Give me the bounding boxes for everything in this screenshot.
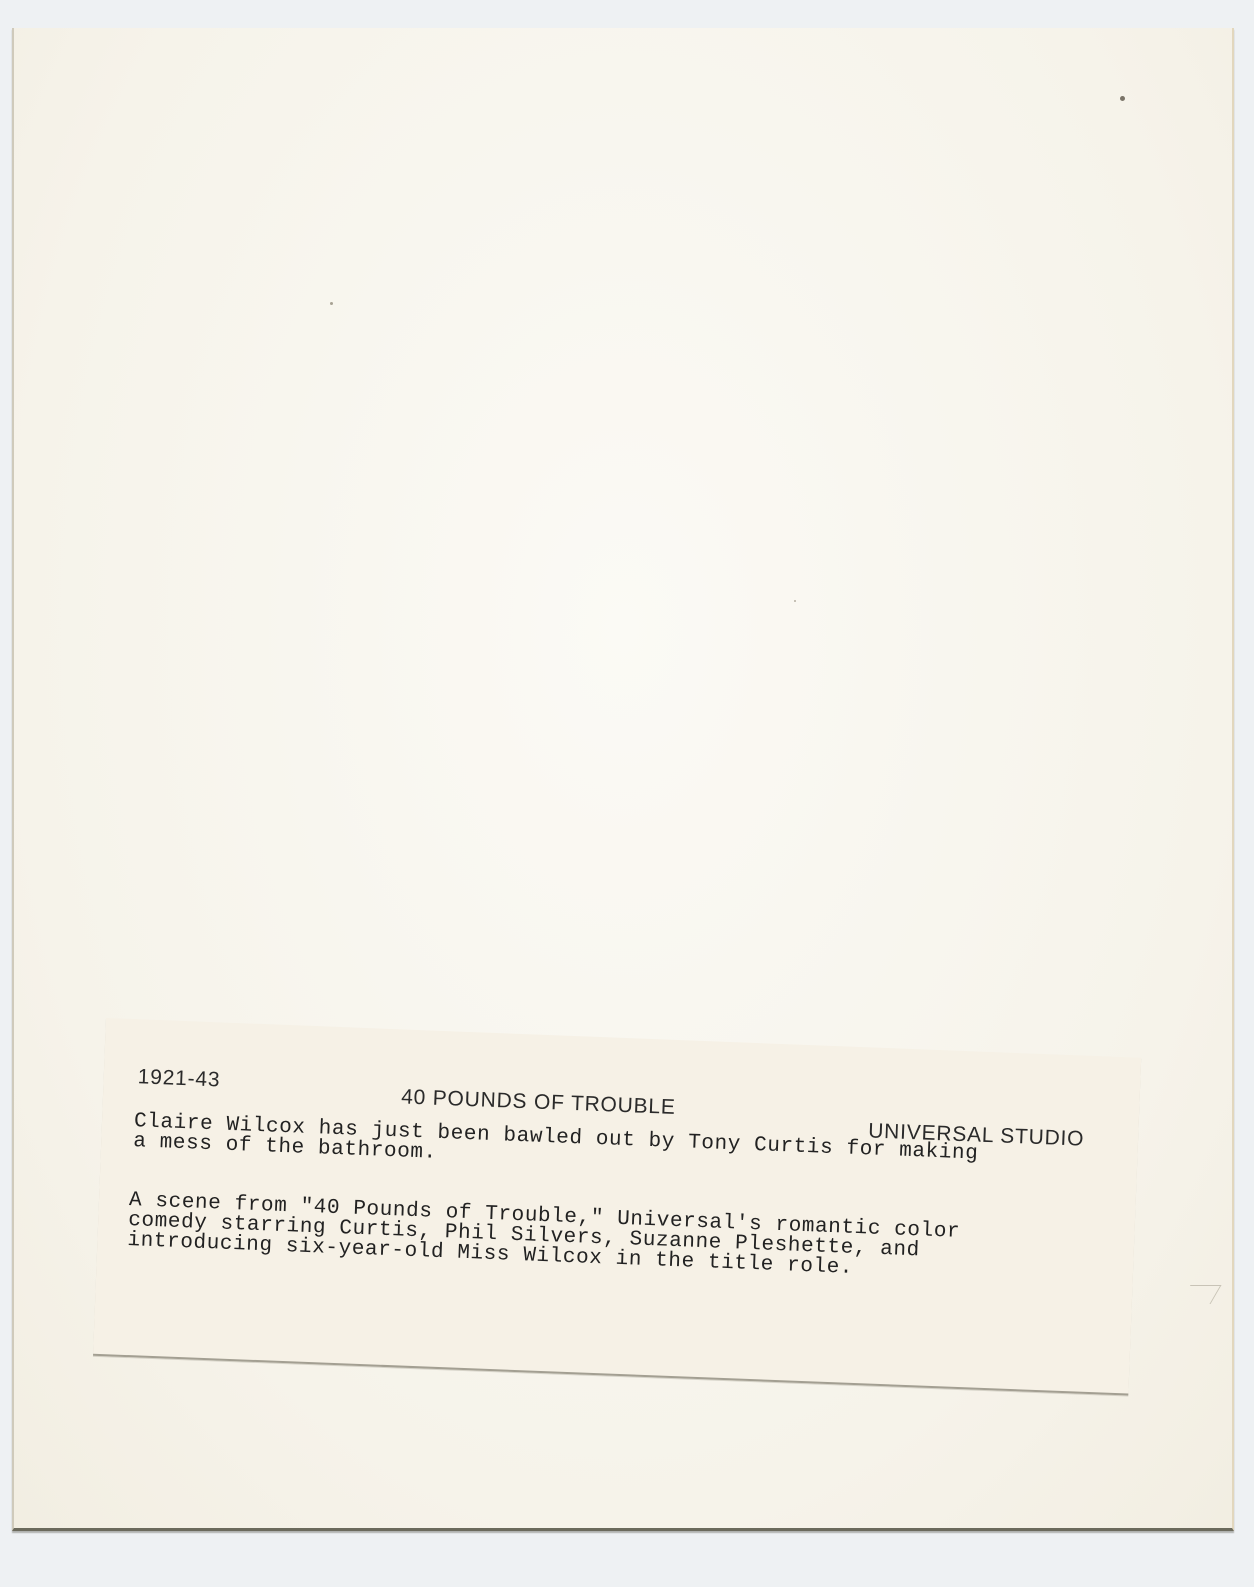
paper-speck bbox=[794, 600, 796, 602]
caption-title: 40 POUNDS OF TROUBLE bbox=[401, 1087, 676, 1118]
paper-speck bbox=[330, 302, 333, 305]
caption-code: 1921-43 bbox=[137, 1067, 220, 1090]
caption-label: 1921-43 40 POUNDS OF TROUBLE UNIVERSAL S… bbox=[93, 1018, 1141, 1396]
paper-speck bbox=[1120, 96, 1125, 101]
